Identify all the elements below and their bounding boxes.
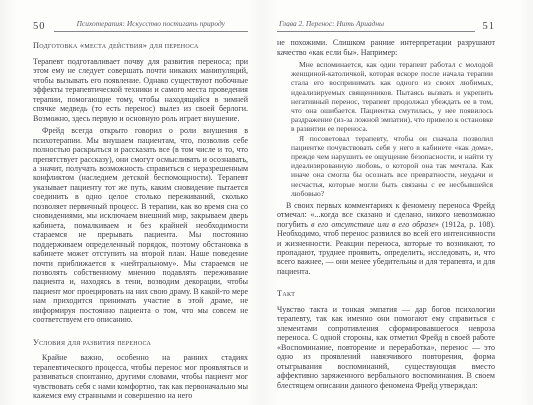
running-head-title-left: Психотерапия: Искусство постигать природ… <box>54 20 249 32</box>
paragraph-left-3: Крайне важно, особенно на ранних стадиях… <box>33 353 248 400</box>
paragraph-left-2: Фрейд всегда открыто говорил о роли внуш… <box>33 126 248 325</box>
page-right: Глава 2. Перенос: Нить Ариадны 51 не пох… <box>277 20 495 390</box>
section-heading-usloviya: Условия для развития переноса <box>33 338 248 348</box>
blockquote-paragraph-1: Мне вспоминается, как один терапевт рабо… <box>291 60 493 133</box>
section-heading-podgotovka: Подготовка «места действия» для переноса <box>33 41 248 51</box>
paragraph-freud-quote: В своих первых комментариях к феномену п… <box>277 201 495 277</box>
paragraph-takt: Чувство такта и тонкая эмпатия — дар бог… <box>277 305 495 390</box>
running-head-title-right: Глава 2. Перенос: Нить Ариадны <box>277 20 475 32</box>
page-left: 50 Психотерапия: Искусство постигать при… <box>33 20 248 401</box>
case-example-blockquote: Мне вспоминается, как один терапевт рабо… <box>291 60 493 197</box>
paragraph-right-top: не похожими. Слишком ранние интерпретаци… <box>277 38 495 57</box>
page-number-right: 51 <box>483 22 496 33</box>
book-spread: 50 Психотерапия: Искусство постигать при… <box>0 0 533 405</box>
blockquote-paragraph-2: Я посоветовал терапевту, чтобы он сначал… <box>291 134 493 198</box>
running-head-left: 50 Психотерапия: Искусство постигать при… <box>33 20 248 32</box>
freud-quote-italic: в его отсутствие или в его образе <box>311 220 435 229</box>
section-heading-takt: Такт <box>277 289 495 299</box>
page-number-left: 50 <box>33 22 46 33</box>
running-head-right: Глава 2. Перенос: Нить Ариадны 51 <box>277 20 495 32</box>
paragraph-left-1: Терапевт подготавливает почву для развит… <box>33 57 248 123</box>
